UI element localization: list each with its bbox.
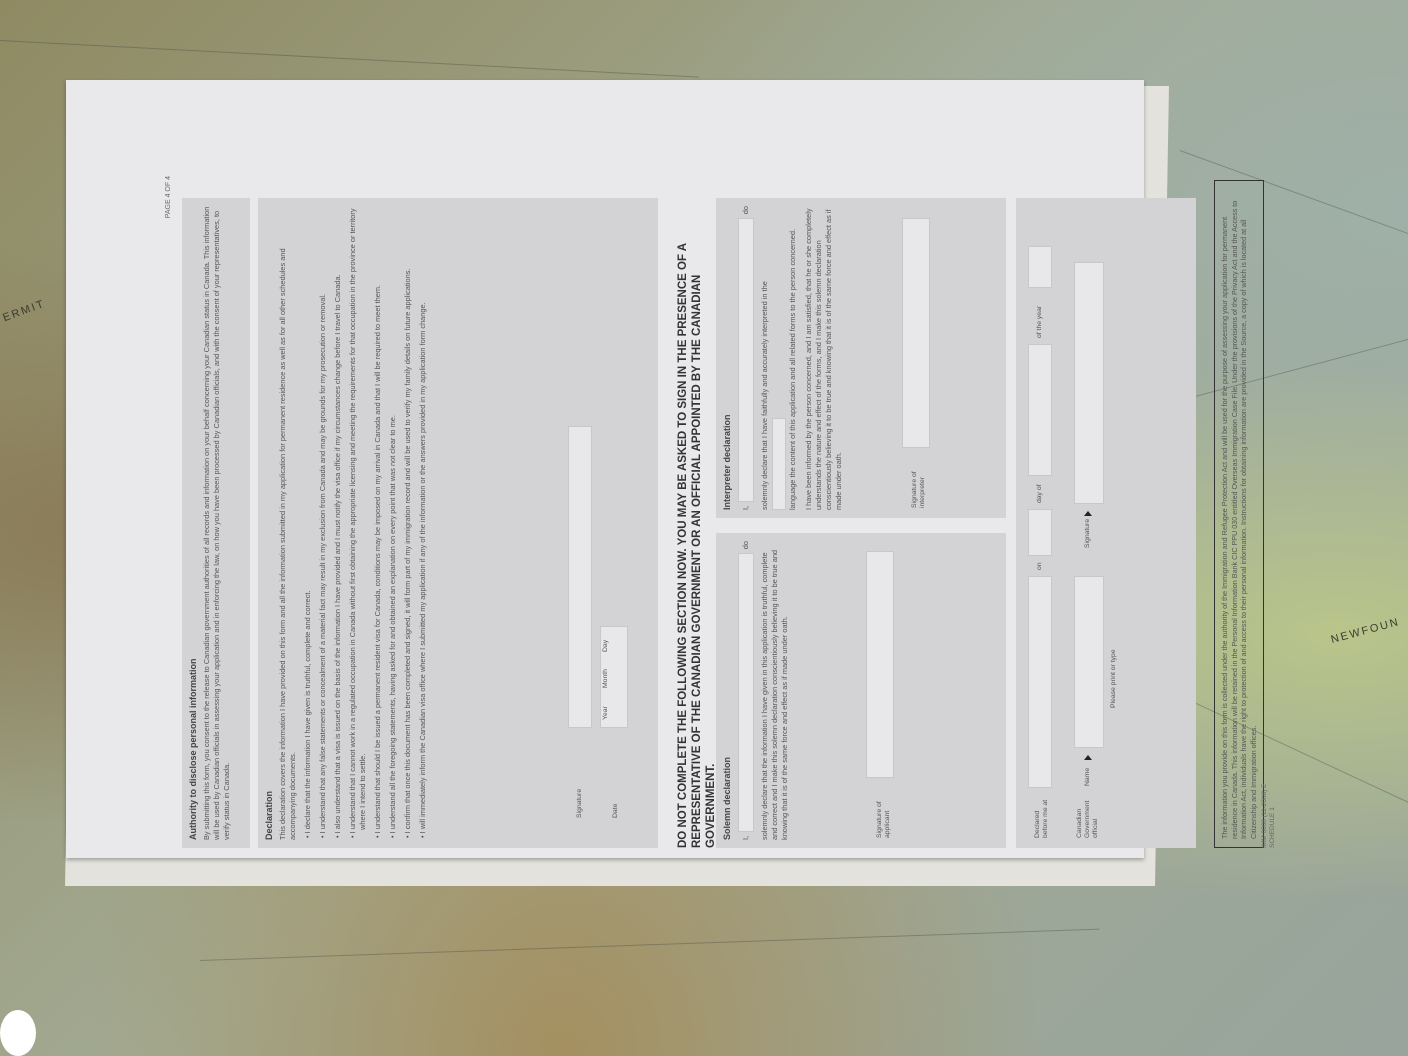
official-name-field[interactable] <box>1074 576 1104 748</box>
interpreter-name-field[interactable] <box>738 218 754 502</box>
declaration-bullet: • I understand that I cannot work in a r… <box>348 206 368 830</box>
interpreter-name-row: I, do <box>738 206 754 510</box>
solemn-title: Solemn declaration <box>722 541 732 840</box>
day-of-label: day of <box>1036 484 1044 503</box>
declaration-bullet: • I understand all the foregoing stateme… <box>388 206 398 830</box>
authority-text: By submitting this form, you consent to … <box>202 206 232 840</box>
month-field[interactable] <box>1028 344 1052 476</box>
form-sheet: PAGE 4 OF 4 Authority to disclose person… <box>66 80 1144 858</box>
i-label: I, <box>741 506 751 510</box>
applicant-signature-label: Signature of applicant <box>876 798 892 838</box>
arrow-right-icon <box>1084 755 1092 760</box>
map-label: NEWFOUN <box>1330 616 1402 646</box>
i-label: I, <box>741 836 751 840</box>
date-label: Date <box>612 804 620 818</box>
do-label: do <box>741 206 751 214</box>
solemn-text: solemnly declare that the information I … <box>760 541 790 840</box>
signature-label: Signature <box>576 789 584 818</box>
of-the-year-label: of the year <box>1036 306 1044 338</box>
declaration-section: Declaration This declaration covers the … <box>258 198 658 848</box>
name-label: Name <box>1084 768 1092 786</box>
warning-text: DO NOT COMPLETE THE FOLLOWING SECTION NO… <box>676 198 718 848</box>
on-label: on <box>1036 562 1044 570</box>
form-page: PAGE 4 OF 4 Authority to disclose person… <box>146 158 1296 888</box>
page-number: PAGE 4 OF 4 <box>164 176 174 218</box>
interpreter-signature-field[interactable] <box>902 218 930 448</box>
signature-field[interactable] <box>568 426 592 728</box>
map-label: ERMIT <box>1 298 47 324</box>
solemn-declaration-section: Solemn declaration I, do solemnly declar… <box>716 533 1006 848</box>
declaration-bullet: • I also understand that a visa is issue… <box>333 206 343 830</box>
declared-before-label: Declared before me at <box>1034 798 1050 838</box>
form-code-line: SCHEDULE 1 <box>1269 783 1277 848</box>
declaration-intro: This declaration covers the information … <box>278 206 298 840</box>
declaration-bullet: • I understand that any false statements… <box>318 206 328 830</box>
do-label: do <box>741 541 751 549</box>
language-field[interactable] <box>772 418 786 510</box>
interpreter-line1b: language the content of this application… <box>788 206 798 510</box>
interpreter-signature-label: Signature of interpreter <box>911 464 927 508</box>
light-reflection <box>0 1010 36 1056</box>
official-section: Declared before me at on day of of the y… <box>1016 198 1196 848</box>
interpreter-declaration-section: Interpreter declaration I, do solemnly d… <box>716 198 1006 518</box>
solemn-name-row: I, do <box>738 541 754 840</box>
year-field[interactable] <box>1028 246 1052 288</box>
interpreter-title: Interpreter declaration <box>722 206 732 510</box>
declaration-title: Declaration <box>264 206 274 840</box>
form-code: IMM 0008 (11-2008) E SCHEDULE 1 <box>1261 783 1277 848</box>
declarant-name-field[interactable] <box>738 553 754 832</box>
date-year-label: Year <box>602 706 610 720</box>
official-signature-field[interactable] <box>1074 262 1104 504</box>
form-code-line: IMM 0008 (11-2008) E <box>1261 783 1269 848</box>
official-signature-label: Signature <box>1084 519 1092 548</box>
declaration-bullet: • I declare that the information I have … <box>303 206 313 830</box>
privacy-notice: The information you provide on this form… <box>1214 180 1264 848</box>
interpreter-text2: I have been informed by the person conce… <box>804 206 844 510</box>
declaration-bullet: • I confirm that once this document has … <box>403 206 413 830</box>
applicant-signature-field[interactable] <box>866 551 894 778</box>
declared-place-field[interactable] <box>1028 576 1052 788</box>
arrow-right-icon <box>1084 511 1092 516</box>
declaration-bullet: • I will immediately inform the Canadian… <box>418 206 428 830</box>
print-or-type-label: Please print or type <box>1110 649 1118 708</box>
official-label: Canadian Government official <box>1076 794 1100 838</box>
date-month-label: Month <box>602 669 610 688</box>
date-day-label: Day <box>602 640 610 652</box>
authority-section: Authority to disclose personal informati… <box>182 198 250 848</box>
interpreter-line1: solemnly declare that I have faithfully … <box>760 206 770 510</box>
day-field[interactable] <box>1028 509 1052 556</box>
authority-title: Authority to disclose personal informati… <box>188 206 198 840</box>
declaration-bullet: • I understand that should I be issued a… <box>373 206 383 830</box>
